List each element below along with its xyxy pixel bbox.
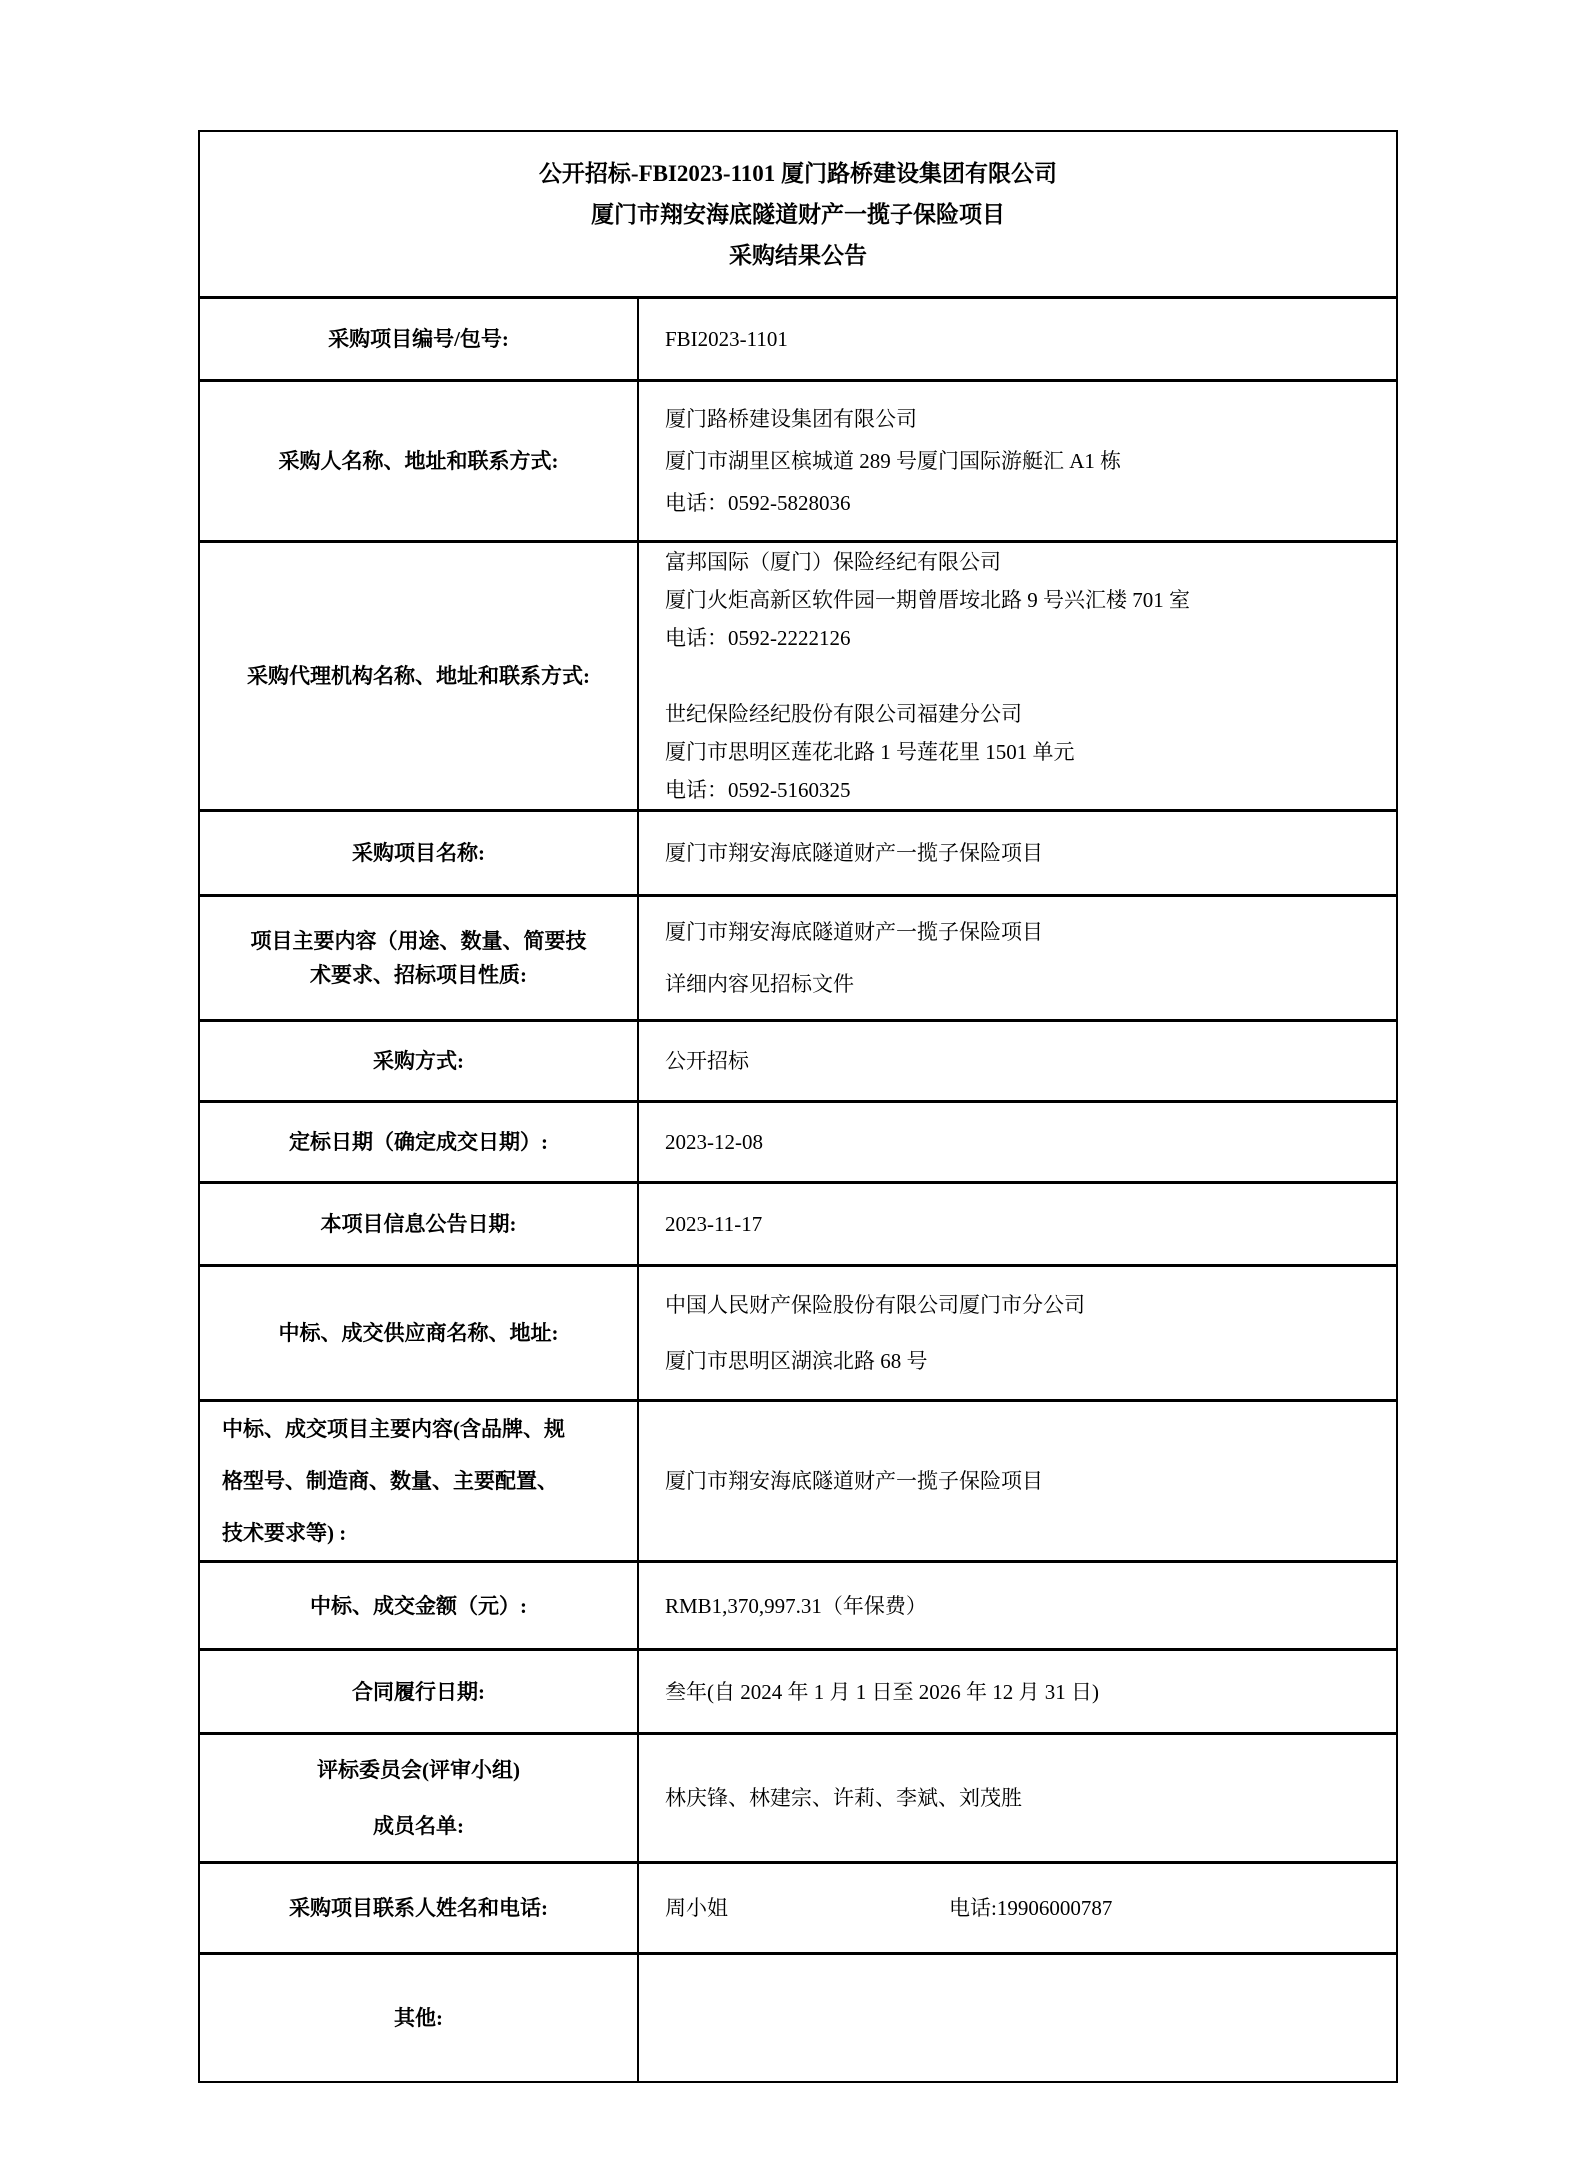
row-value: 公开招标 [639,1022,1396,1100]
row-purchaser: 采购人名称、地址和联系方式: 厦门路桥建设集团有限公司 厦门市湖里区槟城道 28… [200,379,1396,540]
value-line: 富邦国际（厦门）保险经纪有限公司 [665,543,1386,581]
row-winning-supplier: 中标、成交供应商名称、地址: 中国人民财产保险股份有限公司厦门市分公司 厦门市思… [200,1264,1396,1399]
row-project-content: 项目主要内容（用途、数量、简要技 术要求、招标项目性质: 厦门市翔安海底隧道财产… [200,894,1396,1019]
value-line: 厦门市翔安海底隧道财产一揽子保险项目 [665,1461,1386,1501]
row-label: 采购项目名称: [200,812,639,894]
row-label: 采购代理机构名称、地址和联系方式: [200,543,639,809]
value-line: 2023-12-08 [665,1122,1386,1162]
value-line: 林庆锋、林建宗、许莉、李斌、刘茂胜 [665,1778,1386,1818]
row-agency: 采购代理机构名称、地址和联系方式: 富邦国际（厦门）保险经纪有限公司 厦门火炬高… [200,540,1396,809]
value-line: FBI2023-1101 [665,319,1386,359]
value-line-blank [665,657,1386,695]
value-line: 厦门市翔安海底隧道财产一揽子保险项目 [665,833,1386,873]
label-line: 成员名单: [245,1798,592,1854]
row-value: 富邦国际（厦门）保险经纪有限公司 厦门火炬高新区软件园一期曾厝垵北路 9 号兴汇… [639,543,1396,809]
label-line: 评标委员会(评审小组) [245,1742,592,1798]
value-line: 电话：0592-5160325 [665,771,1386,809]
row-contact-person: 采购项目联系人姓名和电话: 周小姐 电话:19906000787 [200,1861,1396,1952]
row-value: 周小姐 电话:19906000787 [639,1864,1396,1952]
row-label: 评标委员会(评审小组) 成员名单: [200,1735,639,1861]
value-line: 世纪保险经纪股份有限公司福建分公司 [665,695,1386,733]
label-line: 项目主要内容（用途、数量、简要技 [245,924,592,958]
value-line: 详细内容见招标文件 [665,958,1386,1010]
row-contract-period: 合同履行日期: 叁年(自 2024 年 1 月 1 日至 2026 年 12 月… [200,1648,1396,1732]
row-project-name: 采购项目名称: 厦门市翔安海底隧道财产一揽子保险项目 [200,809,1396,894]
row-label: 采购项目编号/包号: [200,299,639,379]
row-label: 采购项目联系人姓名和电话: [200,1864,639,1952]
label-line: 技术要求等) : [222,1507,615,1559]
row-value: 厦门路桥建设集团有限公司 厦门市湖里区槟城道 289 号厦门国际游艇汇 A1 栋… [639,382,1396,540]
value-line: 厦门市翔安海底隧道财产一揽子保险项目 [665,906,1386,958]
document-title-block: 公开招标-FBI2023-1101 厦门路桥建设集团有限公司 厦门市翔安海底隧道… [200,132,1396,296]
row-label: 其他: [200,1955,639,2081]
value-line: 厦门市思明区莲花北路 1 号莲花里 1501 单元 [665,733,1386,771]
row-value: 林庆锋、林建宗、许莉、李斌、刘茂胜 [639,1735,1396,1861]
row-value [639,1955,1396,2081]
row-announcement-date: 本项目信息公告日期: 2023-11-17 [200,1181,1396,1264]
value-line: 叁年(自 2024 年 1 月 1 日至 2026 年 12 月 31 日) [665,1672,1386,1712]
title-line-3: 采购结果公告 [200,235,1396,276]
row-label: 本项目信息公告日期: [200,1184,639,1264]
label-line: 术要求、招标项目性质: [245,958,592,992]
row-project-id: 采购项目编号/包号: FBI2023-1101 [200,296,1396,379]
row-label: 采购人名称、地址和联系方式: [200,382,639,540]
label-line: 格型号、制造商、数量、主要配置、 [222,1455,615,1507]
value-line: 电话：0592-5828036 [665,482,1386,524]
value-line: 中国人民财产保险股份有限公司厦门市分公司 [665,1277,1386,1333]
row-value: RMB1,370,997.31（年保费） [639,1563,1396,1648]
row-label: 中标、成交金额（元）: [200,1563,639,1648]
value-line: 厦门路桥建设集团有限公司 [665,398,1386,440]
value-line: 厦门市湖里区槟城道 289 号厦门国际游艇汇 A1 栋 [665,440,1386,482]
row-value: 叁年(自 2024 年 1 月 1 日至 2026 年 12 月 31 日) [639,1651,1396,1732]
row-evaluation-committee: 评标委员会(评审小组) 成员名单: 林庆锋、林建宗、许莉、李斌、刘茂胜 [200,1732,1396,1861]
row-value: FBI2023-1101 [639,299,1396,379]
value-line: 公开招标 [665,1041,1386,1081]
contact-phone: 电话:19906000787 [949,1888,1112,1928]
row-label: 中标、成交供应商名称、地址: [200,1267,639,1399]
row-value: 2023-12-08 [639,1103,1396,1181]
value-line: 电话：0592-2222126 [665,619,1386,657]
row-other: 其他: [200,1952,1396,2081]
row-label: 中标、成交项目主要内容(含品牌、规 格型号、制造商、数量、主要配置、 技术要求等… [200,1402,639,1560]
value-line: 厦门火炬高新区软件园一期曾厝垵北路 9 号兴汇楼 701 室 [665,581,1386,619]
row-label: 合同履行日期: [200,1651,639,1732]
contact-line: 周小姐 电话:19906000787 [665,1888,1386,1928]
procurement-result-table: 公开招标-FBI2023-1101 厦门路桥建设集团有限公司 厦门市翔安海底隧道… [198,130,1398,2083]
row-value: 中国人民财产保险股份有限公司厦门市分公司 厦门市思明区湖滨北路 68 号 [639,1267,1396,1399]
row-procurement-method: 采购方式: 公开招标 [200,1019,1396,1100]
row-label: 定标日期（确定成交日期）: [200,1103,639,1181]
row-label: 采购方式: [200,1022,639,1100]
row-value: 厦门市翔安海底隧道财产一揽子保险项目 [639,812,1396,894]
row-award-amount: 中标、成交金额（元）: RMB1,370,997.31（年保费） [200,1560,1396,1648]
value-line: 2023-11-17 [665,1204,1386,1244]
row-award-content: 中标、成交项目主要内容(含品牌、规 格型号、制造商、数量、主要配置、 技术要求等… [200,1399,1396,1560]
row-value: 厦门市翔安海底隧道财产一揽子保险项目 [639,1402,1396,1560]
label-line: 中标、成交项目主要内容(含品牌、规 [222,1403,615,1455]
row-award-date: 定标日期（确定成交日期）: 2023-12-08 [200,1100,1396,1181]
title-line-1: 公开招标-FBI2023-1101 厦门路桥建设集团有限公司 [200,153,1396,194]
value-line: RMB1,370,997.31（年保费） [665,1586,1386,1626]
contact-name: 周小姐 [665,1888,949,1928]
row-value: 2023-11-17 [639,1184,1396,1264]
row-value: 厦门市翔安海底隧道财产一揽子保险项目 详细内容见招标文件 [639,897,1396,1019]
value-line: 厦门市思明区湖滨北路 68 号 [665,1333,1386,1389]
row-label: 项目主要内容（用途、数量、简要技 术要求、招标项目性质: [200,897,639,1019]
title-line-2: 厦门市翔安海底隧道财产一揽子保险项目 [200,194,1396,235]
